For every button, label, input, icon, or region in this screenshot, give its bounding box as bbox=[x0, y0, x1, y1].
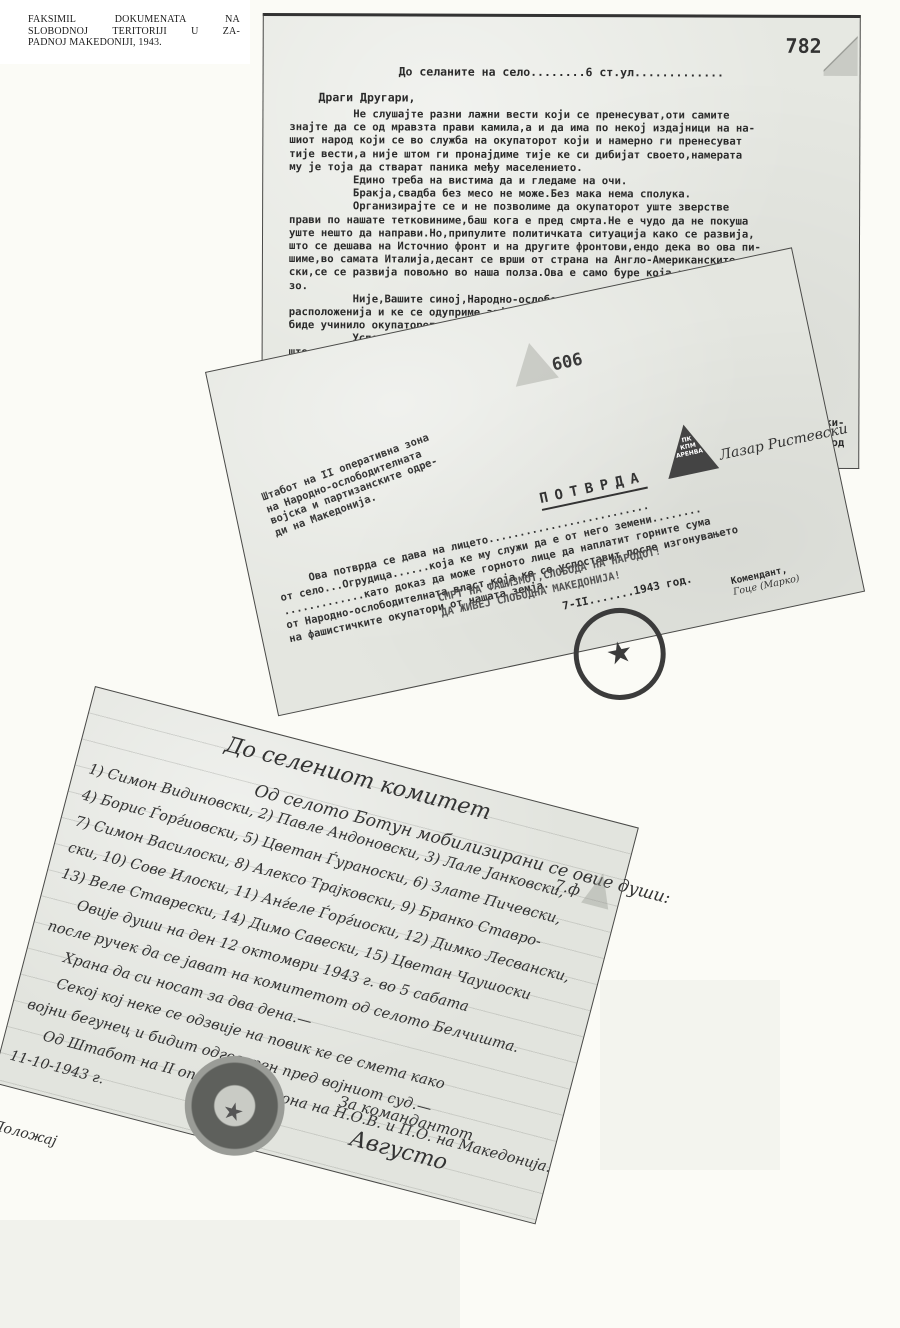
caption-line-1: FAKSIMIL DOKUMENATA NA bbox=[28, 14, 240, 26]
receipt-commander: Комендант, Гоце (Марко) bbox=[730, 562, 801, 598]
star-icon: ★ bbox=[219, 1095, 247, 1128]
background-shade bbox=[600, 980, 780, 1170]
note-place-date: 11-10-1943 г. Положај bbox=[0, 997, 119, 1207]
star-icon: ★ bbox=[603, 636, 636, 671]
note-body: 1) Симон Видиновски, 2) Павле Андоновски… bbox=[17, 757, 622, 1182]
letter-greeting: Драги Другари, bbox=[318, 90, 415, 104]
caption: FAKSIMIL DOKUMENATA NA SLOBODNOJ TERITOR… bbox=[0, 0, 250, 64]
receipt-handwritten-name: Лазар Ристевски bbox=[718, 421, 849, 464]
background-shade bbox=[0, 1220, 460, 1328]
receipt-issuer: Штабот на II оперативна зонана Народно-о… bbox=[260, 432, 443, 540]
text-line: шиот народ који се во служба на окупатор… bbox=[289, 134, 767, 149]
caption-line-3: PADNOJ MAKEDONIJI, 1943. bbox=[28, 37, 240, 49]
handwritten-note-document: До селениот комитет Од селото Ботун моби… bbox=[0, 686, 639, 1224]
note-date: 11-10-1943 г. bbox=[7, 1044, 107, 1092]
letter-addressee: До селаните на село........6 ст.ул......… bbox=[399, 64, 724, 79]
folded-corner-icon bbox=[824, 32, 858, 76]
archive-number: 782 bbox=[786, 34, 822, 58]
note-place: Положај bbox=[0, 1114, 89, 1162]
archive-number: 606 bbox=[550, 349, 584, 375]
caption-line-2: SLOBODNOJ TERITORIJI U ZA- bbox=[28, 26, 240, 38]
text-line: Организирајте се и не позволиме да окупа… bbox=[289, 200, 767, 215]
round-seal: ★ bbox=[565, 599, 674, 708]
